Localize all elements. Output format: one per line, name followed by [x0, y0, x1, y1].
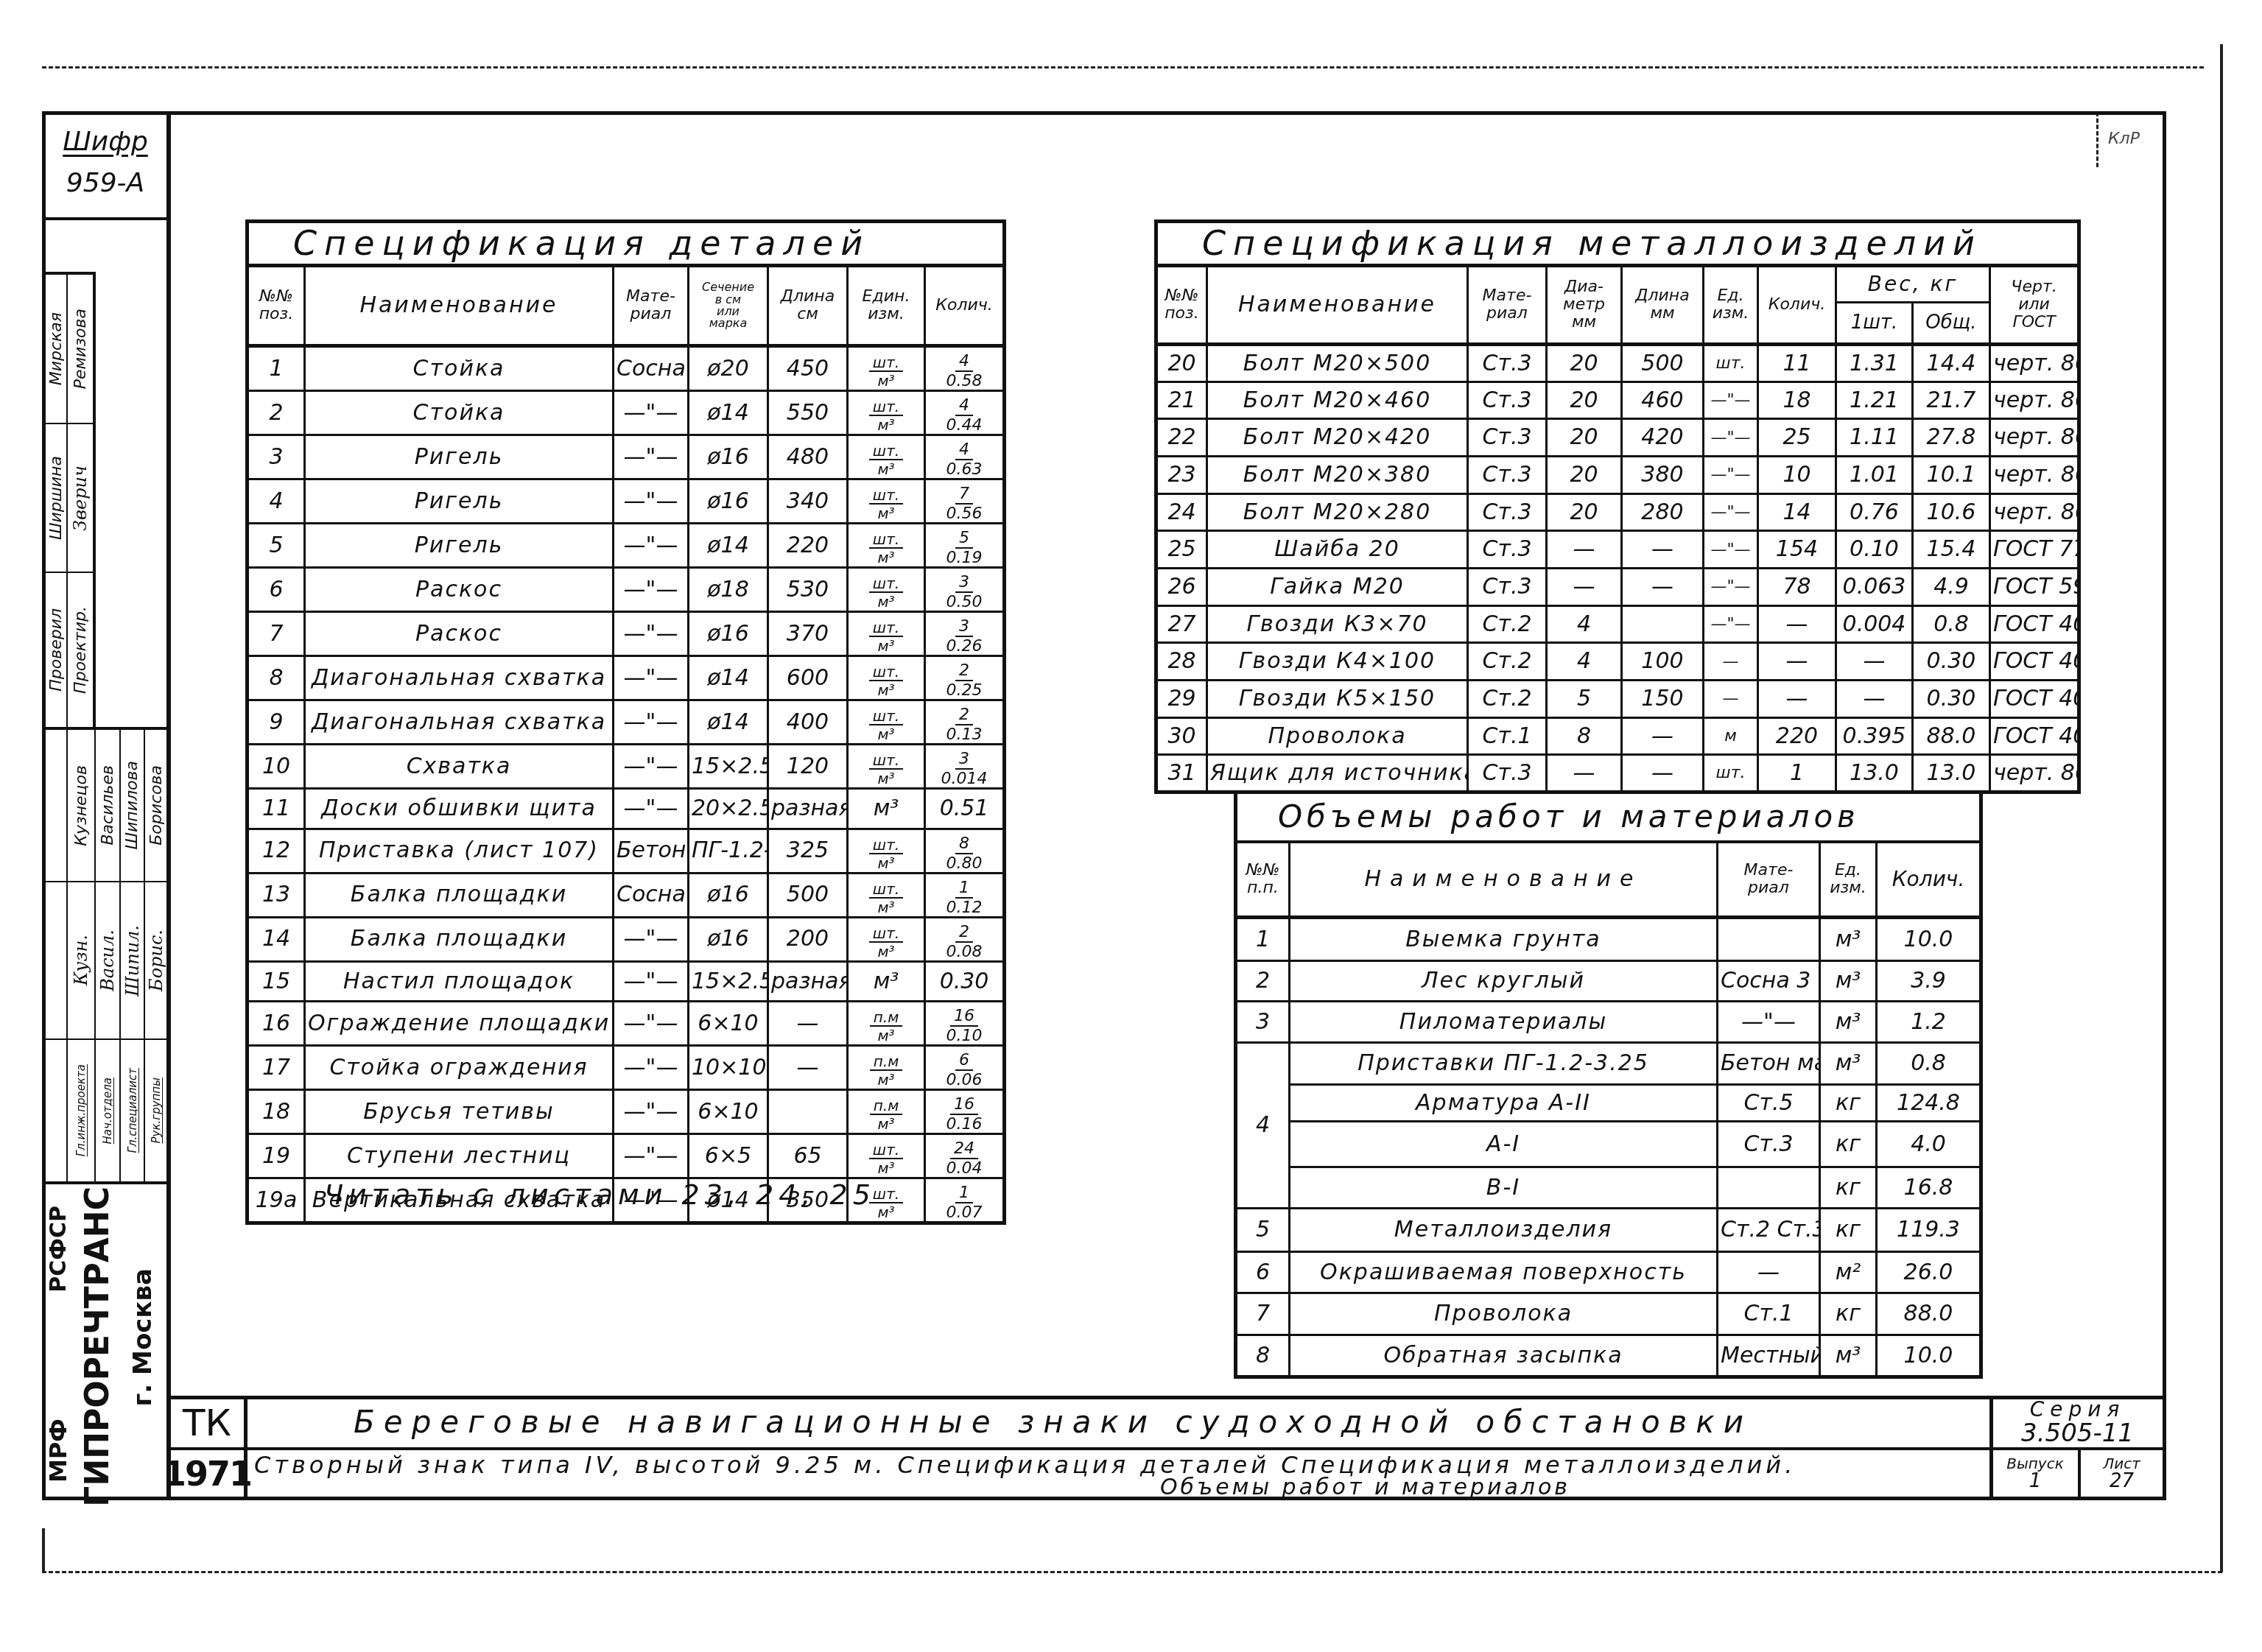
- unit-denominator: м³: [877, 681, 894, 697]
- quantity-numerator: 24: [950, 1141, 978, 1159]
- stamp-cell: Ширшина: [45, 423, 67, 572]
- quantity: 160.10: [925, 1002, 1005, 1046]
- quantity-numerator: 3: [955, 751, 973, 770]
- stamp-signature: Зверич: [70, 465, 91, 531]
- page-edge-right: [2220, 44, 2223, 1572]
- length: 200: [768, 917, 848, 961]
- quantity-denominator: 0.26: [946, 637, 983, 655]
- stamp-role: Нач.отдела: [101, 1078, 114, 1144]
- section: 6×10: [689, 1090, 768, 1134]
- weight-total: 15.4: [1913, 531, 1990, 569]
- stamp-cell: Проектир.: [67, 572, 94, 728]
- detail-row: 11Доски обшивки щита—"—20×2.5разнаям³0.5…: [247, 789, 1005, 829]
- quantity-denominator: 0.07: [946, 1203, 983, 1221]
- metal-row: 21Болт М20×460Ст.320460—"—181.2121.7черт…: [1156, 382, 2079, 419]
- diameter: —: [1547, 531, 1622, 569]
- volumes-table: Объемы работ и материалов №№ п.п. Наимен…: [1234, 790, 1983, 1379]
- weight-total: 21.7: [1913, 382, 1990, 419]
- diameter: —: [1547, 568, 1622, 605]
- diameter: 20: [1547, 382, 1622, 419]
- stamp-cell: Проверил: [45, 572, 67, 728]
- col-header-weight-total: Общ.: [1913, 303, 1990, 345]
- diameter: 4: [1547, 643, 1622, 681]
- section: 10×10: [689, 1046, 768, 1090]
- unit-fraction: шт.м³: [869, 443, 903, 477]
- item-name: Ригель: [305, 479, 614, 524]
- detail-row: 3Ригель—"—ø16480шт.м³40.63: [247, 435, 1005, 479]
- detail-row: 15Настил площадок—"—15×2.5разнаям³0.30: [247, 961, 1005, 1002]
- length: 220: [768, 524, 848, 568]
- length: разная: [768, 961, 848, 1002]
- cipher-label: Шифр: [44, 127, 166, 157]
- length: 340: [768, 479, 848, 524]
- length: 530: [768, 568, 848, 612]
- weight-per-unit: 0.063: [1836, 568, 1913, 605]
- metal-row: 27Гвозди К3×70Ст.24—"——0.0040.8ГОСТ 4028…: [1156, 605, 2079, 643]
- metal-table-title: Спецификация металлоизделий: [1156, 222, 2079, 266]
- drawing-ref: черт. 861-054-10: [1990, 345, 2079, 382]
- quantity: 14: [1758, 493, 1836, 531]
- length: [768, 1090, 848, 1134]
- item-name: Балка площадки: [305, 873, 614, 917]
- stamp-signature: Шипил.: [122, 925, 143, 997]
- position-number: 21: [1156, 382, 1207, 419]
- detail-row: 1СтойкаСосна 3 сортаø20450шт.м³40.58: [247, 346, 1005, 391]
- item-name: Болт М20×280: [1207, 493, 1468, 531]
- unit: шт.м³: [848, 700, 925, 745]
- position-number: 25: [1156, 531, 1207, 569]
- item-name: Раскос: [305, 568, 614, 612]
- unit-fraction: шт.м³: [869, 620, 903, 653]
- unit: —"—: [1704, 568, 1758, 605]
- material: Сосна 3 сорта: [614, 873, 689, 917]
- item-name: Стойка: [305, 346, 614, 391]
- section: ø14: [689, 524, 768, 568]
- unit-fraction: шт.м³: [869, 709, 903, 742]
- unit: шт.м³: [848, 524, 925, 568]
- stamp-cell: Нач.отдела: [95, 1039, 120, 1182]
- col-header-weight: Вес, кг: [1836, 266, 1990, 303]
- stamp-name: Васильев: [99, 765, 117, 846]
- section: 15×2.5: [689, 745, 768, 789]
- section: ø20: [689, 346, 768, 391]
- section: ø14: [689, 391, 768, 435]
- unit-denominator: м³: [877, 505, 894, 521]
- quantity-numerator: 4: [955, 442, 973, 460]
- detail-row: 4Ригель—"—ø16340шт.м³70.56: [247, 479, 1005, 524]
- item-name: Обратная засыпка: [1290, 1335, 1718, 1377]
- weight-total: 4.9: [1913, 568, 1990, 605]
- quantity: 220: [1758, 717, 1836, 755]
- metal-row: 29Гвозди К5×150Ст.25150———0.30ГОСТ 4028-…: [1156, 680, 2079, 717]
- position-number: 3: [1236, 1002, 1290, 1043]
- volume-row: Арматура А-IIСт.5кг124.8: [1236, 1085, 1981, 1122]
- item-name: Гвозди К4×100: [1207, 643, 1468, 681]
- col-header-name: Наименование: [305, 266, 614, 346]
- quantity: —: [1758, 680, 1836, 717]
- stamp-role: Проектир.: [71, 606, 90, 694]
- quantity: 40.58: [925, 346, 1005, 391]
- section: 6×10: [689, 1002, 768, 1046]
- unit-numerator: шт.: [869, 1142, 903, 1159]
- weight-total: 0.30: [1913, 643, 1990, 681]
- unit: м³: [1820, 961, 1877, 1002]
- unit: —: [1704, 643, 1758, 681]
- item-name: Пиломатериалы: [1290, 1002, 1718, 1043]
- unit-denominator: м³: [877, 372, 894, 388]
- item-name: Настил площадок: [305, 961, 614, 1002]
- table-header-row: №№ поз. Наименование Мате- риал Сечение …: [247, 266, 1005, 346]
- detail-row: 7Раскос—"—ø16370шт.м³30.26: [247, 612, 1005, 656]
- stamp-role: Рук.группы: [150, 1078, 163, 1144]
- quantity: 154: [1758, 531, 1836, 569]
- metal-row: 31Ящик для источника питанияСт.3——шт.113…: [1156, 755, 2079, 792]
- stamp-cell: Гл.инж.проекта: [67, 1039, 95, 1182]
- drawing-ref: ГОСТ 7734-55: [1990, 531, 2079, 569]
- quantity-numerator: 2: [955, 924, 973, 943]
- material: Ст.3: [1468, 345, 1547, 382]
- item-name: Приставка (лист 107): [305, 829, 614, 873]
- item-name: Гвозди К5×150: [1207, 680, 1468, 717]
- material: —: [1718, 1252, 1820, 1293]
- length: 65: [768, 1134, 848, 1178]
- material: —"—: [614, 524, 689, 568]
- drawing-ref: ГОСТ 4028-63: [1990, 605, 2079, 643]
- quantity-fraction: 20.13: [946, 707, 983, 743]
- quantity: 10.0: [1877, 918, 1981, 961]
- stamp-signature: Васил.: [97, 929, 118, 991]
- item-name: Болт М20×500: [1207, 345, 1468, 382]
- material: —"—: [614, 1090, 689, 1134]
- unit-fraction: шт.м³: [869, 926, 903, 959]
- unit-denominator: м³: [877, 1027, 894, 1043]
- length: разная: [768, 789, 848, 829]
- quantity: 40.63: [925, 435, 1005, 479]
- material: —"—: [614, 1046, 689, 1090]
- weight-per-unit: 0.004: [1836, 605, 1913, 643]
- cipher-value: 959-А: [44, 168, 166, 198]
- detail-row: 13Балка площадкиСосна 3 сортаø16500шт.м³…: [247, 873, 1005, 917]
- col-header-length: Длина см: [768, 266, 848, 346]
- position-number: 12: [247, 829, 305, 873]
- drawing-title: Береговые навигационные знаки судоходной…: [354, 1404, 1752, 1440]
- unit-numerator: шт.: [869, 926, 903, 943]
- material: —"—: [614, 479, 689, 524]
- item-name: Лес круглый: [1290, 961, 1718, 1002]
- page-edge-bottom: [42, 1571, 2222, 1573]
- unit-numerator: шт.: [869, 576, 903, 593]
- drawing-subtitle-line2: Объемы работ и материалов: [1160, 1475, 1570, 1500]
- material: —"—: [614, 700, 689, 745]
- unit: —"—: [1704, 605, 1758, 643]
- material: Ст.1: [1468, 717, 1547, 755]
- position-number: 4: [1236, 1043, 1290, 1209]
- ministry-label: МРФ: [44, 1414, 72, 1488]
- quantity: 4.0: [1877, 1122, 1981, 1167]
- position-number: 29: [1156, 680, 1207, 717]
- position-number: 27: [1156, 605, 1207, 643]
- quantity-numerator: 3: [955, 619, 973, 637]
- unit-numerator: шт.: [869, 399, 903, 416]
- drawing-ref: ГОСТ 5915-70: [1990, 568, 2079, 605]
- item-name: Стойка: [305, 391, 614, 435]
- stamp-name: Мирская: [47, 312, 66, 385]
- quantity: 3.9: [1877, 961, 1981, 1002]
- position-number: 7: [247, 612, 305, 656]
- quantity-fraction: 40.58: [946, 354, 983, 390]
- section: ø16: [689, 873, 768, 917]
- item-name: Ящик для источника питания: [1207, 755, 1468, 792]
- stamp-name: Ширшина: [47, 456, 66, 540]
- item-name: Гвозди К3×70: [1207, 605, 1468, 643]
- unit: шт.: [1704, 345, 1758, 382]
- section: 20×2.5: [689, 789, 768, 829]
- quantity: 1.2: [1877, 1002, 1981, 1043]
- col-header-name: Наименование: [1207, 266, 1468, 345]
- unit: шт.м³: [848, 829, 925, 873]
- republic-text: РСФСР: [46, 1206, 71, 1293]
- volume-row: 5МеталлоизделияСт.2 Ст.3кг119.3: [1236, 1209, 1981, 1252]
- stamp-cell: Борисова: [144, 729, 168, 882]
- material: —"—: [614, 789, 689, 829]
- weight-total: 0.30: [1913, 680, 1990, 717]
- item-name: Диагональная схватка: [305, 700, 614, 745]
- position-number: 22: [1156, 419, 1207, 457]
- unit: п.мм³: [848, 1002, 925, 1046]
- unit: п.мм³: [848, 1090, 925, 1134]
- quantity-fraction: 60.06: [946, 1052, 983, 1089]
- unit-denominator: м³: [877, 1071, 894, 1087]
- material: —"—: [614, 656, 689, 700]
- length: [1622, 605, 1704, 643]
- unit-denominator: м³: [877, 593, 894, 609]
- length: 420: [1622, 419, 1704, 457]
- position-number: 14: [247, 917, 305, 961]
- item-name: Диагональная схватка: [305, 656, 614, 700]
- quantity-fraction: 160.16: [946, 1097, 983, 1133]
- series-box: Серия 3.505-11: [1991, 1397, 2164, 1449]
- drawing-year: 1971: [169, 1449, 245, 1499]
- item-name: Болт М20×460: [1207, 382, 1468, 419]
- ministry-text: МРФ: [44, 1419, 72, 1483]
- sheet-box: Лист 27: [2079, 1449, 2164, 1499]
- material: Бетон марки 300: [614, 829, 689, 873]
- quantity-numerator: 2: [955, 707, 973, 725]
- position-number: 17: [247, 1046, 305, 1090]
- position-number: 10: [247, 745, 305, 789]
- position-number: 20: [1156, 345, 1207, 382]
- position-number: 1: [1236, 918, 1290, 961]
- table-title-row: Спецификация металлоизделий: [1156, 222, 2079, 266]
- length: 120: [768, 745, 848, 789]
- length: 370: [768, 612, 848, 656]
- item-name: Балка площадки: [305, 917, 614, 961]
- unit: —"—: [1704, 493, 1758, 531]
- metal-row: 28Гвозди К4×100Ст.24100———0.30ГОСТ 4028-…: [1156, 643, 2079, 681]
- item-name: Болт М20×380: [1207, 456, 1468, 493]
- cipher-box-divider: [42, 217, 169, 220]
- quantity: 16.8: [1877, 1167, 1981, 1209]
- unit: —"—: [1704, 382, 1758, 419]
- unit: м³: [1820, 1335, 1877, 1377]
- detail-row: 16Ограждение площадки—"—6×10—п.мм³160.10: [247, 1002, 1005, 1046]
- position-number: 6: [1236, 1252, 1290, 1293]
- unit-fraction: п.мм³: [870, 1098, 903, 1131]
- quantity-denominator: 0.50: [946, 593, 983, 611]
- unit-numerator: п.м: [870, 1098, 903, 1115]
- unit-numerator: шт.: [869, 532, 903, 549]
- detail-row: 10Схватка—"—15×2.5120шт.м³30.014: [247, 745, 1005, 789]
- volume-row: А-IСт.3кг4.0: [1236, 1122, 1981, 1167]
- quantity-fraction: 160.10: [946, 1008, 983, 1044]
- length: 325: [768, 829, 848, 873]
- weight-per-unit: —: [1836, 680, 1913, 717]
- material: Ст.3: [1468, 493, 1547, 531]
- quantity-fraction: 10.12: [946, 880, 983, 916]
- unit: —: [1704, 680, 1758, 717]
- section: ø16: [689, 612, 768, 656]
- quantity-numerator: 1: [955, 1185, 973, 1203]
- col-header-number: №№ п.п.: [1236, 842, 1290, 918]
- quantity: 240.04: [925, 1134, 1005, 1178]
- unit: шт.м³: [848, 612, 925, 656]
- unit-fraction: шт.м³: [869, 664, 903, 697]
- position-number: 8: [1236, 1335, 1290, 1377]
- quantity-denominator: 0.63: [946, 460, 983, 478]
- position-number: 30: [1156, 717, 1207, 755]
- stamp-signature: Кузн.: [71, 935, 91, 985]
- quantity: 1: [1758, 755, 1836, 792]
- item-name: Брусья тетивы: [305, 1090, 614, 1134]
- position-number: 2: [1236, 961, 1290, 1002]
- stamp-cell: Борис.: [144, 882, 168, 1039]
- quantity: 20.13: [925, 700, 1005, 745]
- volume-row: 2Лес круглыйСосна 3 сортам³3.9: [1236, 961, 1981, 1002]
- unit-denominator: м³: [877, 637, 894, 653]
- item-name: Металлоизделия: [1290, 1209, 1718, 1252]
- drawing-ref: черт. 861-054-10: [1990, 382, 2079, 419]
- section: ПГ-1.2- -3.25: [689, 829, 768, 873]
- length: 500: [768, 873, 848, 917]
- col-header-diameter: Диа- метр мм: [1547, 266, 1622, 345]
- item-name: Арматура А-II: [1290, 1085, 1718, 1122]
- weight-per-unit: 1.21: [1836, 382, 1913, 419]
- sheet-value: 27: [2110, 1472, 2134, 1491]
- position-number: 9: [247, 700, 305, 745]
- unit: кг: [1820, 1085, 1877, 1122]
- detail-row: 5Ригель—"—ø14220шт.м³50.19: [247, 524, 1005, 568]
- item-name: Ригель: [305, 524, 614, 568]
- col-header-unit: Един. изм.: [848, 266, 925, 346]
- item-name: Проволока: [1290, 1293, 1718, 1335]
- stamp-cell: Зверич: [67, 423, 94, 572]
- quantity-denominator: 0.80: [946, 854, 983, 872]
- unit: кг: [1820, 1209, 1877, 1252]
- quantity-denominator: 0.16: [946, 1115, 983, 1133]
- position-number: 11: [247, 789, 305, 829]
- length: —: [1622, 717, 1704, 755]
- length: —: [768, 1046, 848, 1090]
- item-name: Окрашиваемая поверхность: [1290, 1252, 1718, 1293]
- quantity-numerator: 8: [955, 836, 973, 854]
- unit-fraction: шт.м³: [869, 882, 903, 915]
- quantity: 124.8: [1877, 1085, 1981, 1122]
- quantity: 0.30: [925, 961, 1005, 1002]
- material: Ст.3: [1468, 568, 1547, 605]
- quantity: 70.56: [925, 479, 1005, 524]
- material: Ст.3: [1468, 755, 1547, 792]
- unit: шт.м³: [848, 346, 925, 391]
- drawing-ref: черт. 861-054-10: [1990, 456, 2079, 493]
- material: [1718, 1167, 1820, 1209]
- issue-value: 1: [2029, 1472, 2042, 1491]
- length: 450: [768, 346, 848, 391]
- drawing-ref: ГОСТ 4028-63: [1990, 643, 2079, 681]
- quantity: 10.12: [925, 873, 1005, 917]
- quantity-fraction: 30.014: [941, 751, 988, 787]
- quantity-fraction: 20.25: [946, 663, 983, 699]
- metal-row: 23Болт М20×380Ст.320380—"—101.0110.1черт…: [1156, 456, 2079, 493]
- length: 600: [768, 656, 848, 700]
- section: ø14: [689, 700, 768, 745]
- detail-row: 9Диагональная схватка—"—ø14400шт.м³20.13: [247, 700, 1005, 745]
- stamp-cell-empty: [45, 882, 67, 1039]
- unit-fraction: п.мм³: [870, 1010, 903, 1043]
- quantity-denominator: 0.44: [946, 416, 983, 434]
- col-header-unit: Ед. изм.: [1704, 266, 1758, 345]
- material: —"—: [614, 435, 689, 479]
- weight-per-unit: 0.76: [1836, 493, 1913, 531]
- quantity-denominator: 0.10: [946, 1027, 983, 1044]
- quantity-numerator: 5: [955, 530, 973, 549]
- unit-numerator: шт.: [869, 488, 903, 505]
- position-number: 19: [247, 1134, 305, 1178]
- volume-row: 6Окрашиваемая поверхность—м²26.0: [1236, 1252, 1981, 1293]
- unit: м³: [848, 961, 925, 1002]
- detail-row: 14Балка площадки—"—ø16200шт.м³20.08: [247, 917, 1005, 961]
- title-block-mid-line: [169, 1447, 2164, 1450]
- stamp-role: Гл.инж.проекта: [74, 1064, 88, 1156]
- length: —: [1622, 531, 1704, 569]
- approval-stamp-lower: Кузнецов Васильев Шипилова Борисова Кузн…: [43, 727, 170, 1184]
- metal-row: 25Шайба 20Ст.3———"—1540.1015.4ГОСТ 7734-…: [1156, 531, 2079, 569]
- item-name: Приставки ПГ-1.2-3.25: [1290, 1043, 1718, 1085]
- col-header-drawing-ref: Черт. или ГОСТ: [1990, 266, 2079, 345]
- material: —"—: [614, 745, 689, 789]
- quantity-fraction: 240.04: [946, 1141, 983, 1177]
- quantity-denominator: 0.12: [946, 899, 983, 916]
- position-number: 26: [1156, 568, 1207, 605]
- position-number: 24: [1156, 493, 1207, 531]
- quantity: —: [1758, 605, 1836, 643]
- item-name: Болт М20×420: [1207, 419, 1468, 457]
- material: Ст.1: [1718, 1293, 1820, 1335]
- quantity-numerator: 7: [955, 486, 973, 505]
- quantity: —: [1758, 643, 1836, 681]
- position-number: 6: [247, 568, 305, 612]
- unit-denominator: м³: [877, 943, 894, 959]
- quantity: 50.19: [925, 524, 1005, 568]
- position-number: 1: [247, 346, 305, 391]
- col-header-quantity: Колич.: [1758, 266, 1836, 345]
- volumes-table-title: Объемы работ и материалов: [1236, 792, 1981, 842]
- length: 550: [768, 391, 848, 435]
- material: —"—: [614, 612, 689, 656]
- unit-fraction: шт.м³: [869, 488, 903, 521]
- material: Ст.3: [1718, 1122, 1820, 1167]
- quantity-fraction: 80.80: [946, 836, 983, 872]
- diameter: 20: [1547, 493, 1622, 531]
